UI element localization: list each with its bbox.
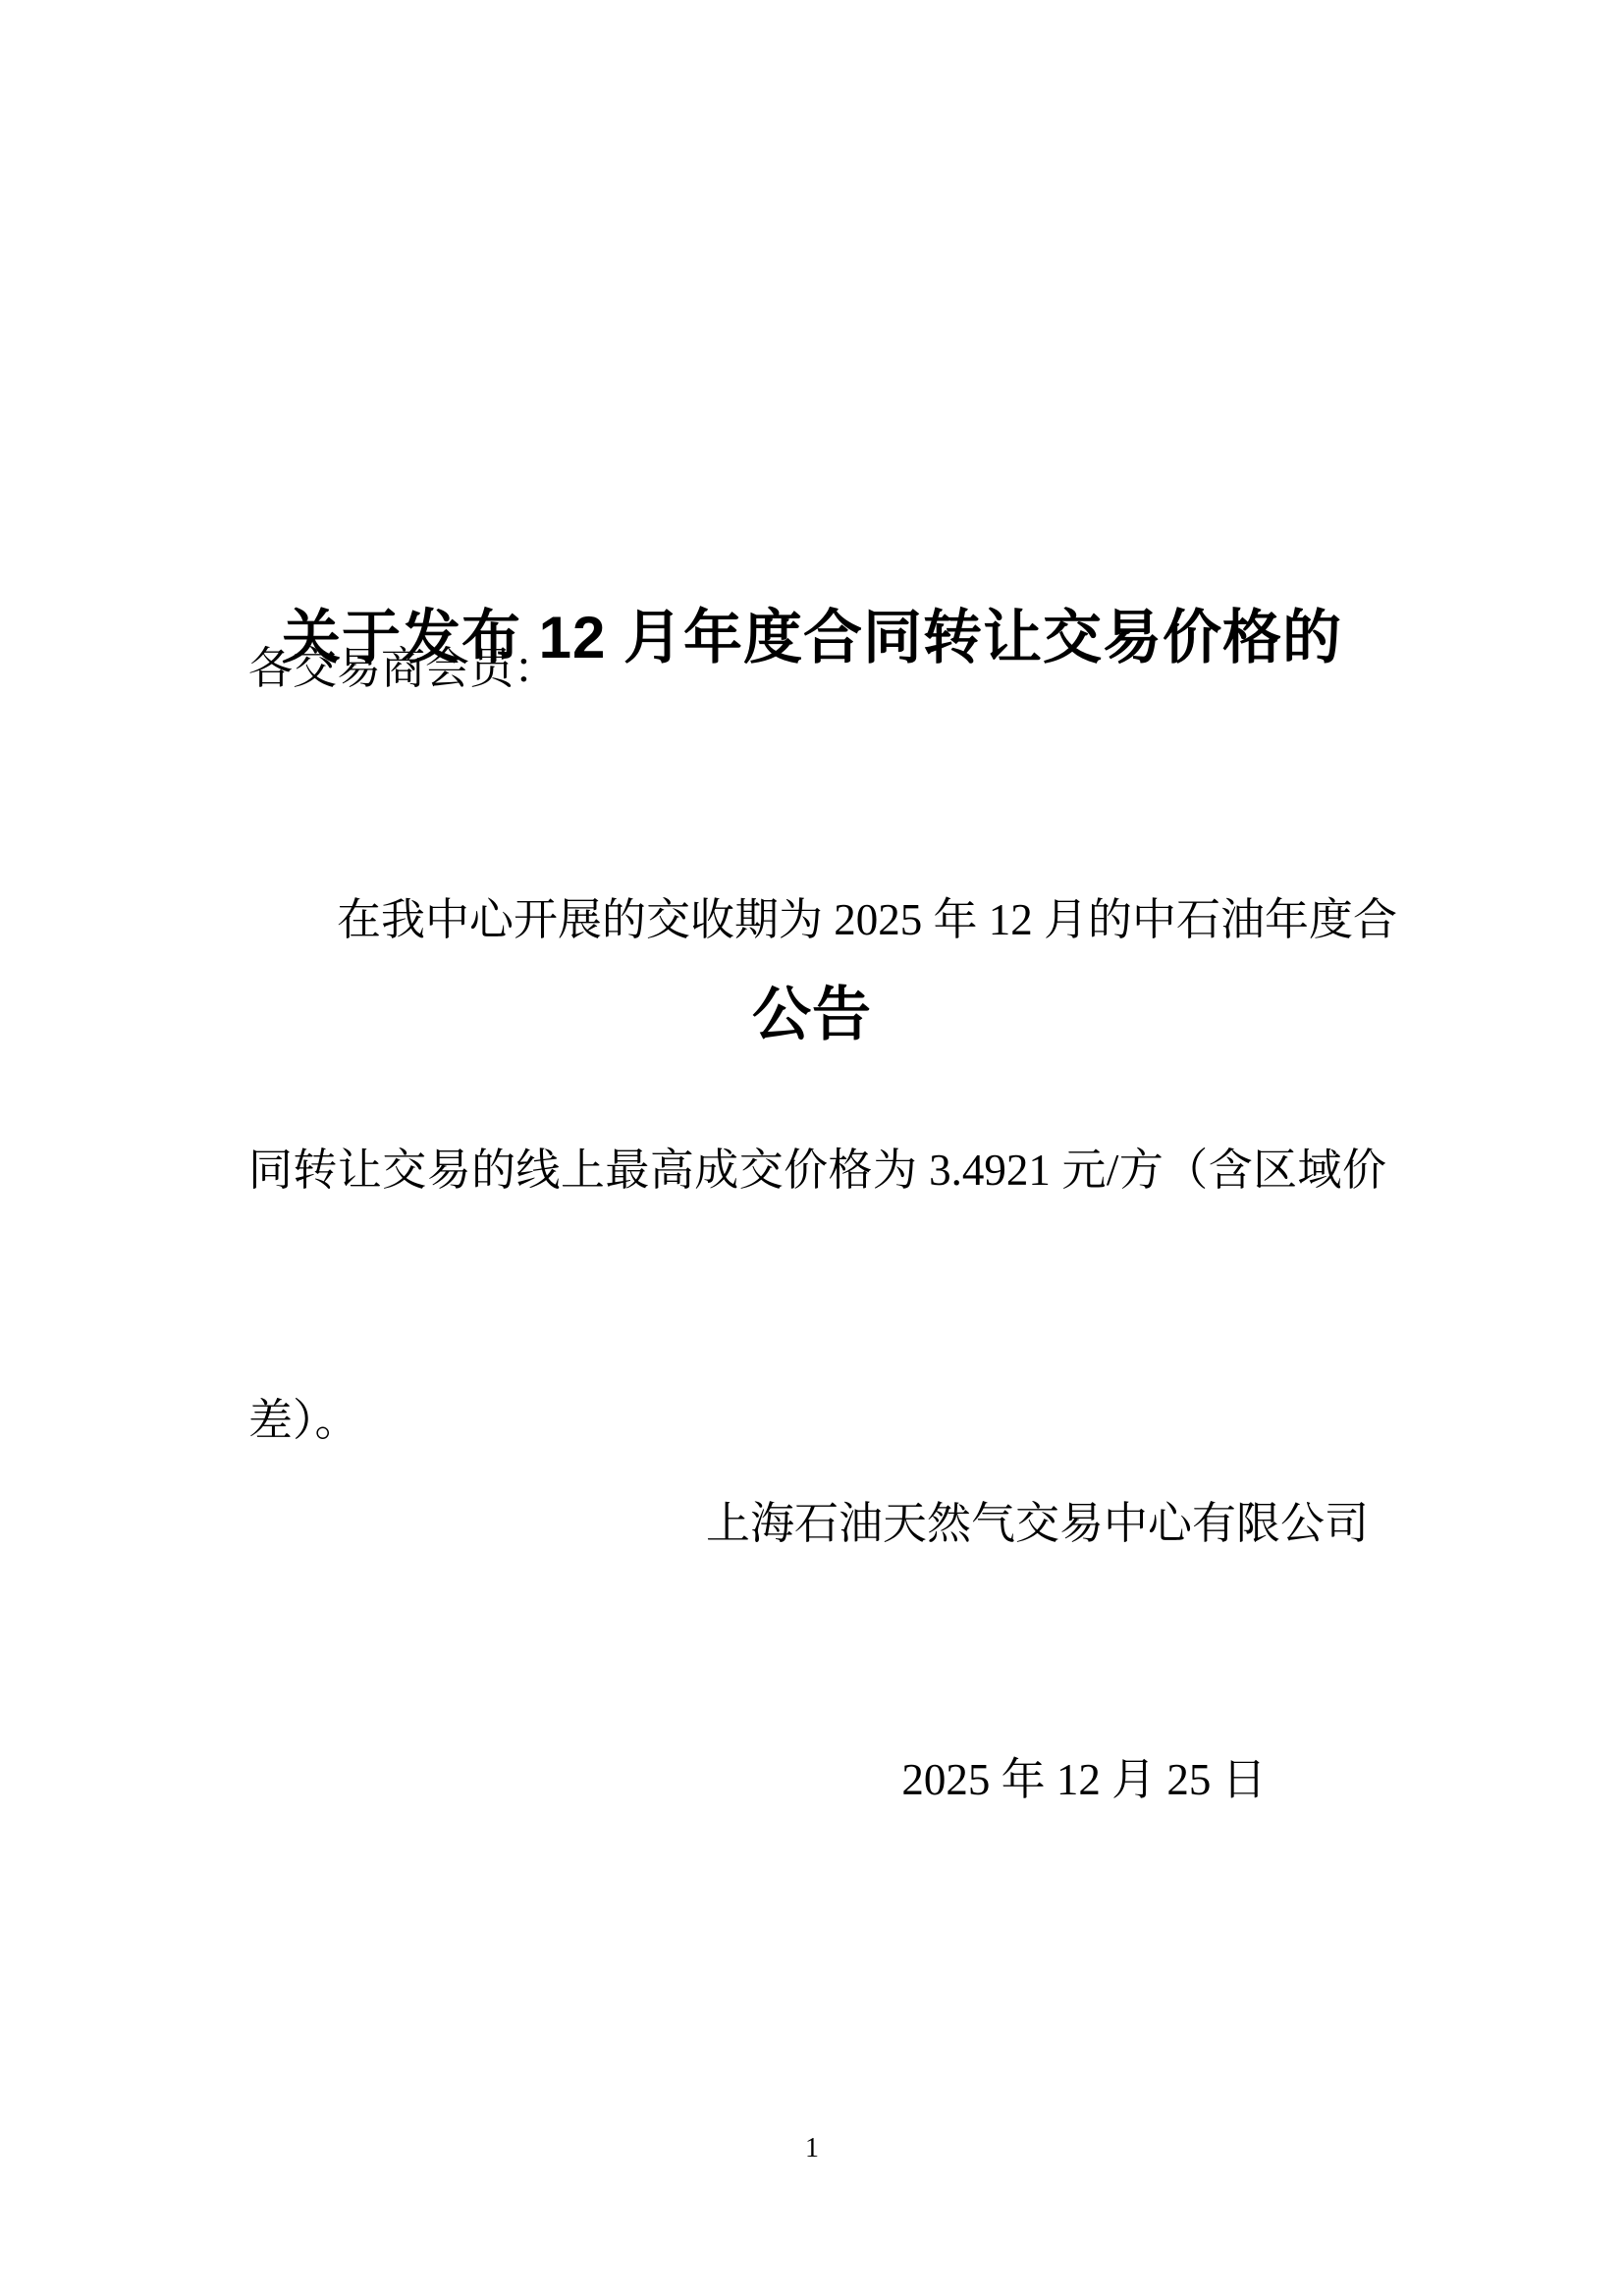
paragraph-line: 同转让交易的线上最高成交价格为 3.4921 元/方（含区域价	[248, 1129, 1386, 1212]
announcement-page: 关于发布 12 月年度合同转让交易价格的 公告 各交易商会员： 在我中心开展的交…	[0, 0, 1624, 2296]
page-number: 1	[0, 2132, 1624, 2165]
signature-date: 2025 年 12 月 25 日	[706, 1737, 1369, 1823]
paragraph-line: 在我中心开展的交收期为 2025 年 12 月的中石油年度合	[248, 879, 1386, 962]
greeting-line: 各交易商会员：	[248, 627, 1386, 711]
signature-block: 上海石油天然气交易中心有限公司 2025 年 12 月 25 日	[0, 1225, 1369, 2079]
signature-company: 上海石油天然气交易中心有限公司	[706, 1481, 1369, 1567]
